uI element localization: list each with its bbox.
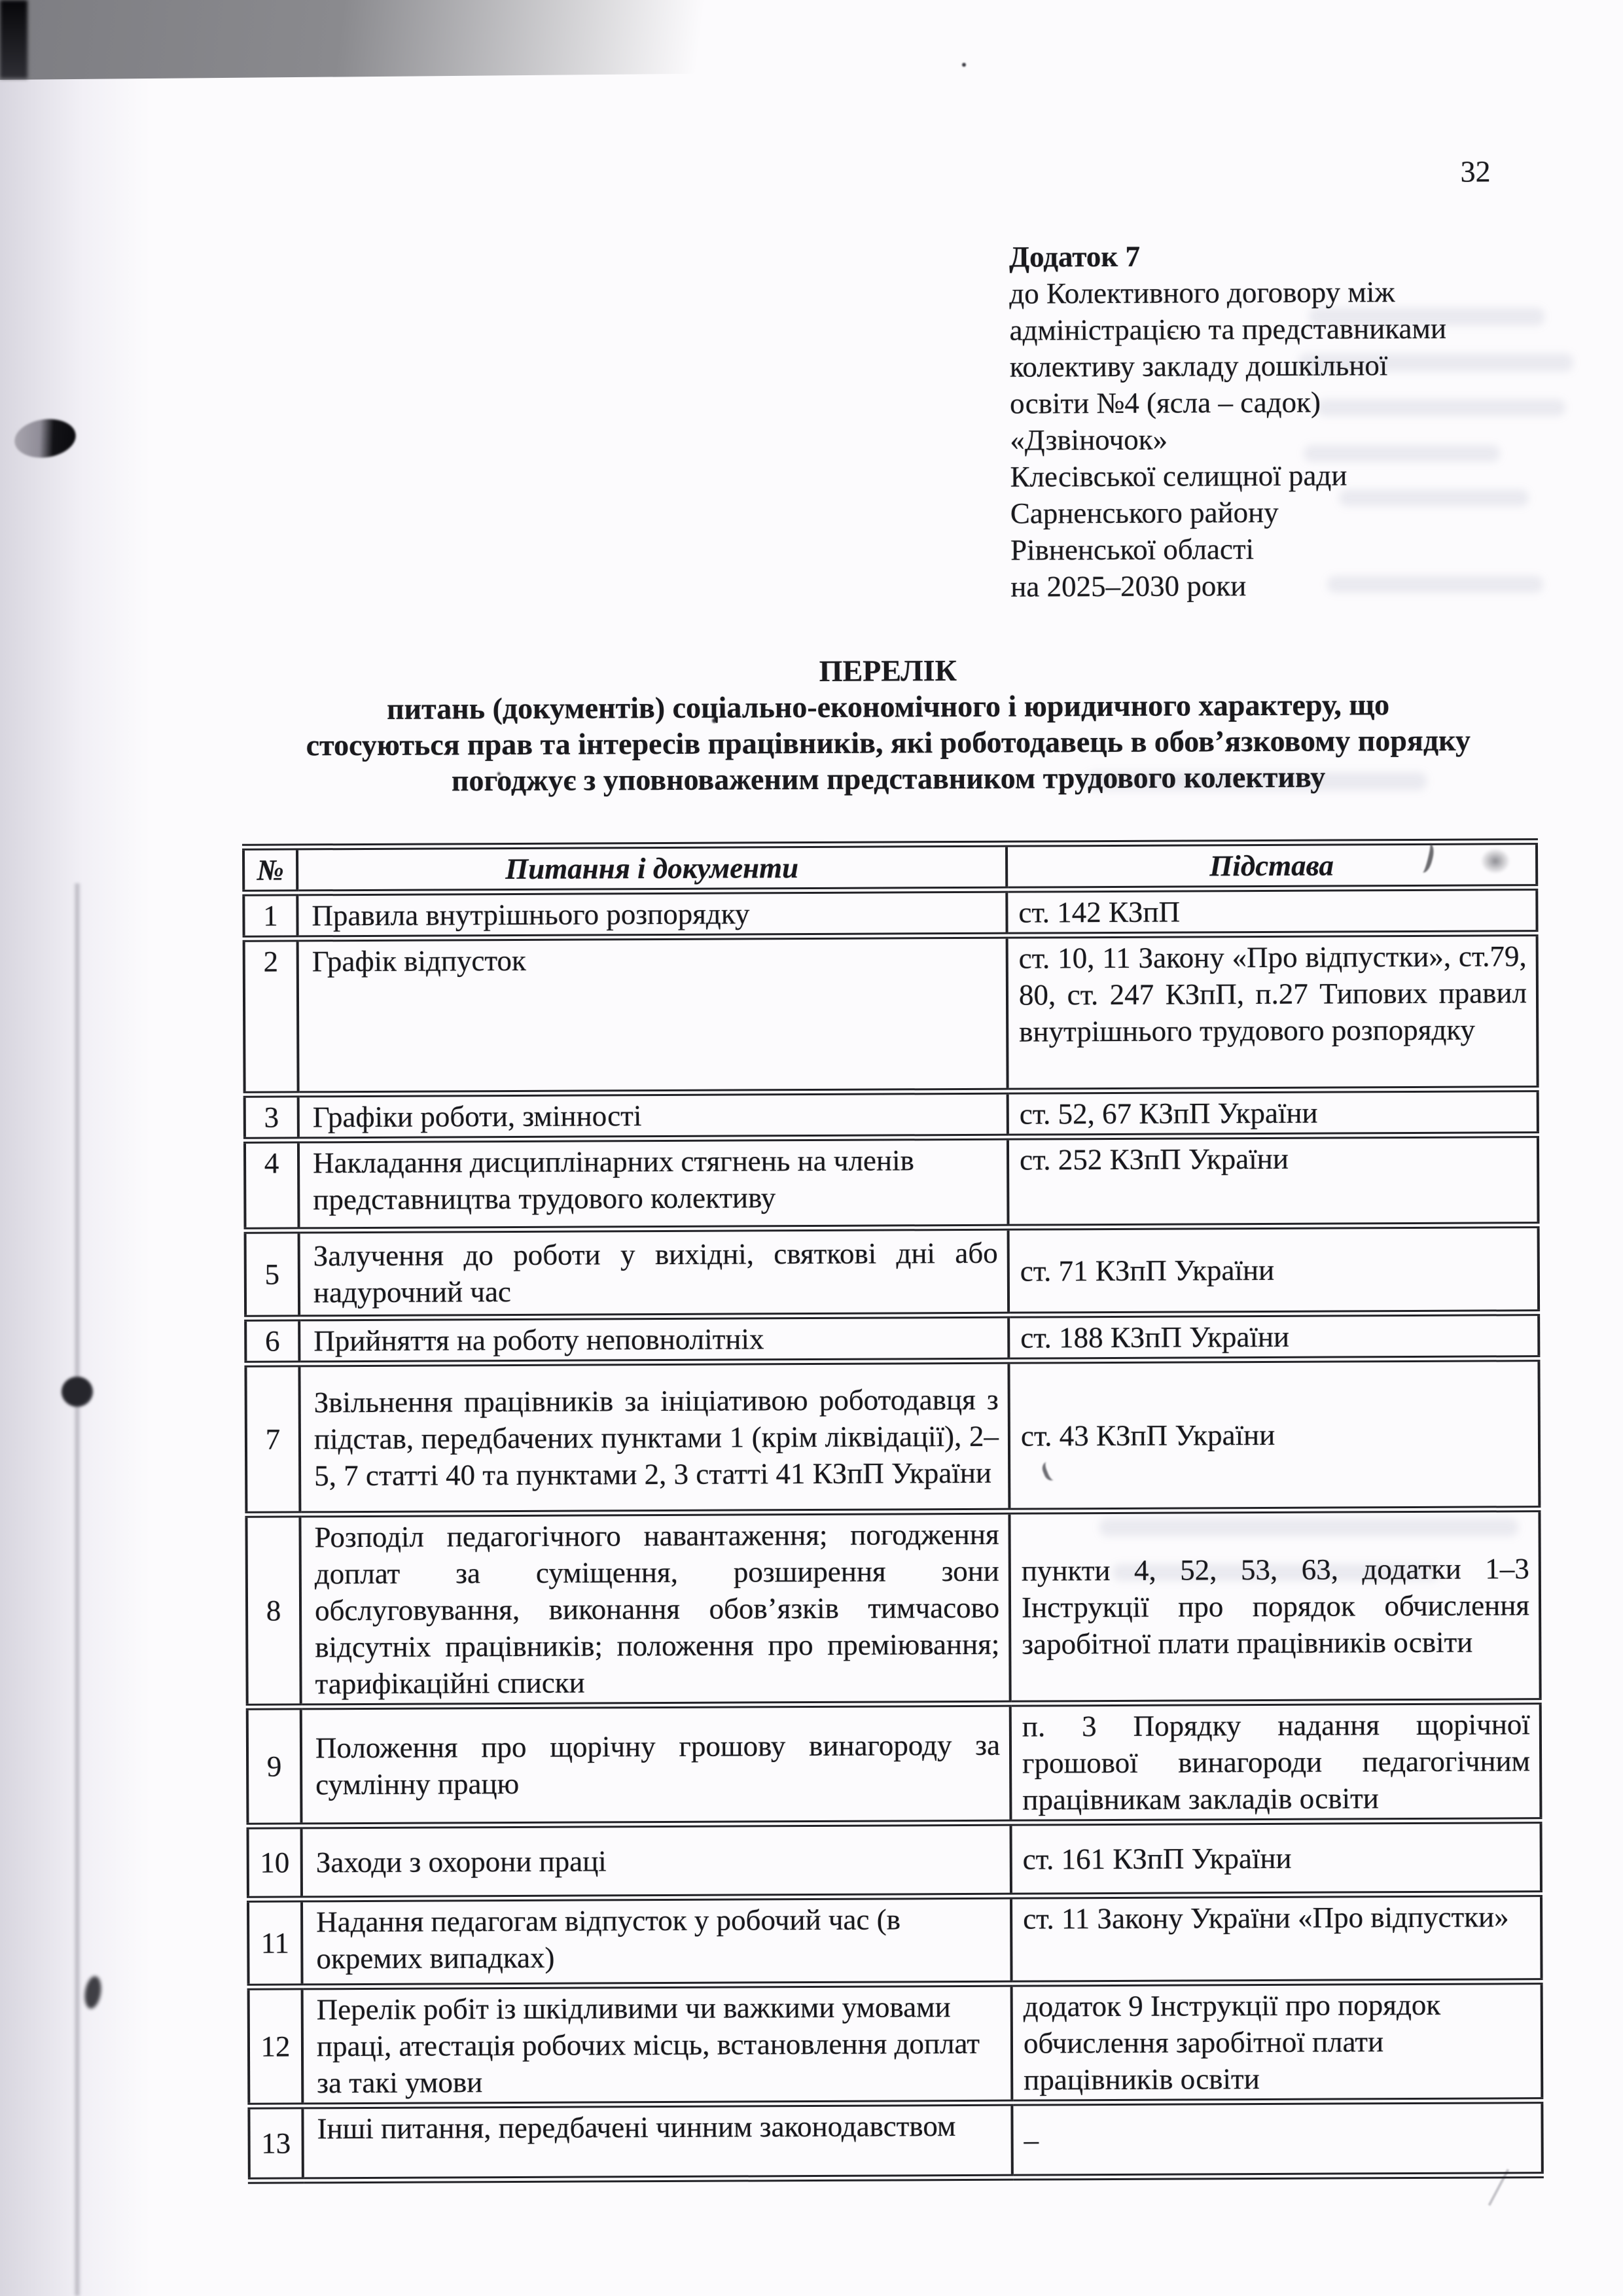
question-cell: Інші питання, передбачені чинним законод…: [302, 2103, 1012, 2181]
row-number-cell: 3: [245, 1094, 298, 1140]
basis-cell: ст. 71 КЗпП України: [1008, 1225, 1539, 1315]
document-title: ПЕРЕЛІК питань (документів) соціально-ек…: [240, 650, 1537, 800]
question-cell: Положення про щорічну грошову винагороду…: [301, 1704, 1011, 1826]
page-number: 32: [1460, 155, 1490, 188]
appendix-header-line: «Дзвіночок»: [1010, 419, 1546, 459]
basis-cell: додаток 9 Інструкції про порядок обчисле…: [1012, 1981, 1543, 2103]
row-number-cell: 8: [246, 1514, 300, 1706]
table-row: 3 Графіки роботи, змінності ст. 52, 67 К…: [245, 1089, 1538, 1140]
table-row: 6 Прийняття на роботу неповнолітніх ст. …: [245, 1313, 1539, 1364]
pen-mark: [1480, 848, 1510, 874]
row-number-cell: 6: [245, 1318, 299, 1364]
basis-cell: ст. 43 КЗпП України: [1008, 1358, 1539, 1511]
basis-cell: п. 3 Порядку надання щорічної грошової в…: [1010, 1701, 1541, 1823]
appendix-header-line: адміністрацією та представниками: [1009, 309, 1546, 349]
document-title-line: питань (документів) соціально-економічно…: [240, 686, 1536, 728]
appendix-header-line: на 2025–2030 роки: [1010, 566, 1547, 605]
row-number-cell: 11: [248, 1899, 302, 1987]
basis-cell: ст. 252 КЗпП України: [1008, 1135, 1539, 1227]
table-header-row: № Питання і документи Підстава: [243, 841, 1537, 893]
row-number-cell: 5: [245, 1230, 300, 1318]
question-cell: Перелік робіт із шкідливими чи важкими у…: [302, 1984, 1012, 2106]
row-number-cell: 7: [245, 1364, 300, 1514]
row-number-cell: 4: [245, 1140, 299, 1230]
basis-cell: ст. 11 Закону України «Про відпустки»: [1011, 1894, 1542, 1984]
row-number-cell: 13: [249, 2106, 302, 2180]
column-header-question: Питання і документи: [297, 844, 1007, 893]
document-title-line: стосуються прав та інтересів працівників…: [240, 722, 1536, 764]
table-row: 7 Звільнення працівників за ініціативою …: [245, 1358, 1539, 1515]
basis-cell: ст. 52, 67 КЗпП України: [1008, 1089, 1538, 1137]
appendix-header-line: колективу закладу дошкільної: [1010, 346, 1546, 385]
table-row: 13 Інші питання, передбачені чинним зако…: [249, 2100, 1542, 2181]
basis-cell: –: [1012, 2100, 1542, 2178]
question-cell: Графіки роботи, змінності: [298, 1091, 1008, 1140]
basis-cell: пункти 4, 52, 53, 63, додатки 1–3 Інстру…: [1009, 1509, 1540, 1704]
column-header-basis: Підстава: [1007, 841, 1537, 890]
appendix-header-line: Клесівської селищної ради: [1010, 456, 1546, 495]
basis-cell: ст. 10, 11 Закону «Про відпустки», ст.79…: [1007, 933, 1538, 1091]
question-cell: Прийняття на роботу неповнолітніх: [299, 1315, 1008, 1364]
table-row: 5 Залучення до роботи у вихідні, святков…: [245, 1225, 1539, 1318]
row-number-cell: 2: [244, 938, 298, 1094]
question-cell: Накладання дисциплінарних стягнень на чл…: [298, 1137, 1008, 1231]
basis-cell: ст. 142 КЗпП: [1007, 887, 1537, 936]
row-number-cell: 1: [243, 892, 297, 938]
question-cell: Графік відпусток: [298, 936, 1008, 1095]
table-row: 11 Надання педагогам відпусток у робочий…: [248, 1894, 1542, 1987]
table-row: 2 Графік відпусток ст. 10, 11 Закону «Пр…: [244, 933, 1538, 1095]
question-cell: Надання педагогам відпусток у робочий ча…: [302, 1896, 1012, 1987]
row-number-cell: 9: [247, 1706, 302, 1826]
question-cell: Правила внутрішнього розпорядку: [297, 890, 1007, 939]
row-number-cell: 10: [248, 1826, 302, 1899]
appendix-header-line: освіти №4 (ясла – садок): [1010, 383, 1546, 422]
appendix-title: Додаток 7: [1009, 236, 1546, 275]
question-cell: Звільнення працівників за ініціативою ро…: [299, 1361, 1009, 1515]
table-row: 10 Заходи з охорони праці ст. 161 КЗпП У…: [248, 1820, 1541, 1899]
appendix-header-block: Додаток 7 до Колективного договору між а…: [1009, 236, 1547, 605]
appendix-header-line: Рівненської області: [1010, 529, 1547, 569]
table-row: 12 Перелік робіт із шкідливими чи важким…: [249, 1981, 1543, 2106]
appendix-header-line: Сарненського району: [1010, 493, 1547, 532]
table-row: 8 Розподіл педагогічного навантаження; п…: [246, 1509, 1540, 1707]
document-content: 32 Додаток 7 до Колективного договору мі…: [0, 0, 1623, 2296]
question-cell: Залучення до роботи у вихідні, святкові …: [299, 1227, 1009, 1318]
questions-table: № Питання і документи Підстава 1 Правила…: [242, 838, 1544, 2184]
column-header-number: №: [243, 847, 297, 892]
scanned-page: 32 Додаток 7 до Колективного договору мі…: [0, 0, 1623, 2296]
table-row: 9 Положення про щорічну грошову винагоро…: [247, 1701, 1541, 1826]
question-cell: Розподіл педагогічного навантаження; пог…: [300, 1511, 1010, 1707]
row-number-cell: 12: [249, 1987, 303, 2106]
appendix-header-line: до Колективного договору між: [1009, 273, 1546, 312]
document-title-line: погоджує з уповноваженим представником т…: [240, 758, 1536, 800]
question-cell: Заходи з охорони праці: [302, 1823, 1011, 1899]
table-row: 4 Накладання дисциплінарних стягнень на …: [245, 1135, 1539, 1231]
table-row: 1 Правила внутрішнього розпорядку ст. 14…: [243, 887, 1537, 939]
document-title-line: ПЕРЕЛІК: [240, 650, 1536, 692]
basis-cell: ст. 188 КЗпП України: [1008, 1313, 1539, 1361]
basis-cell: ст. 161 КЗпП України: [1011, 1820, 1541, 1896]
